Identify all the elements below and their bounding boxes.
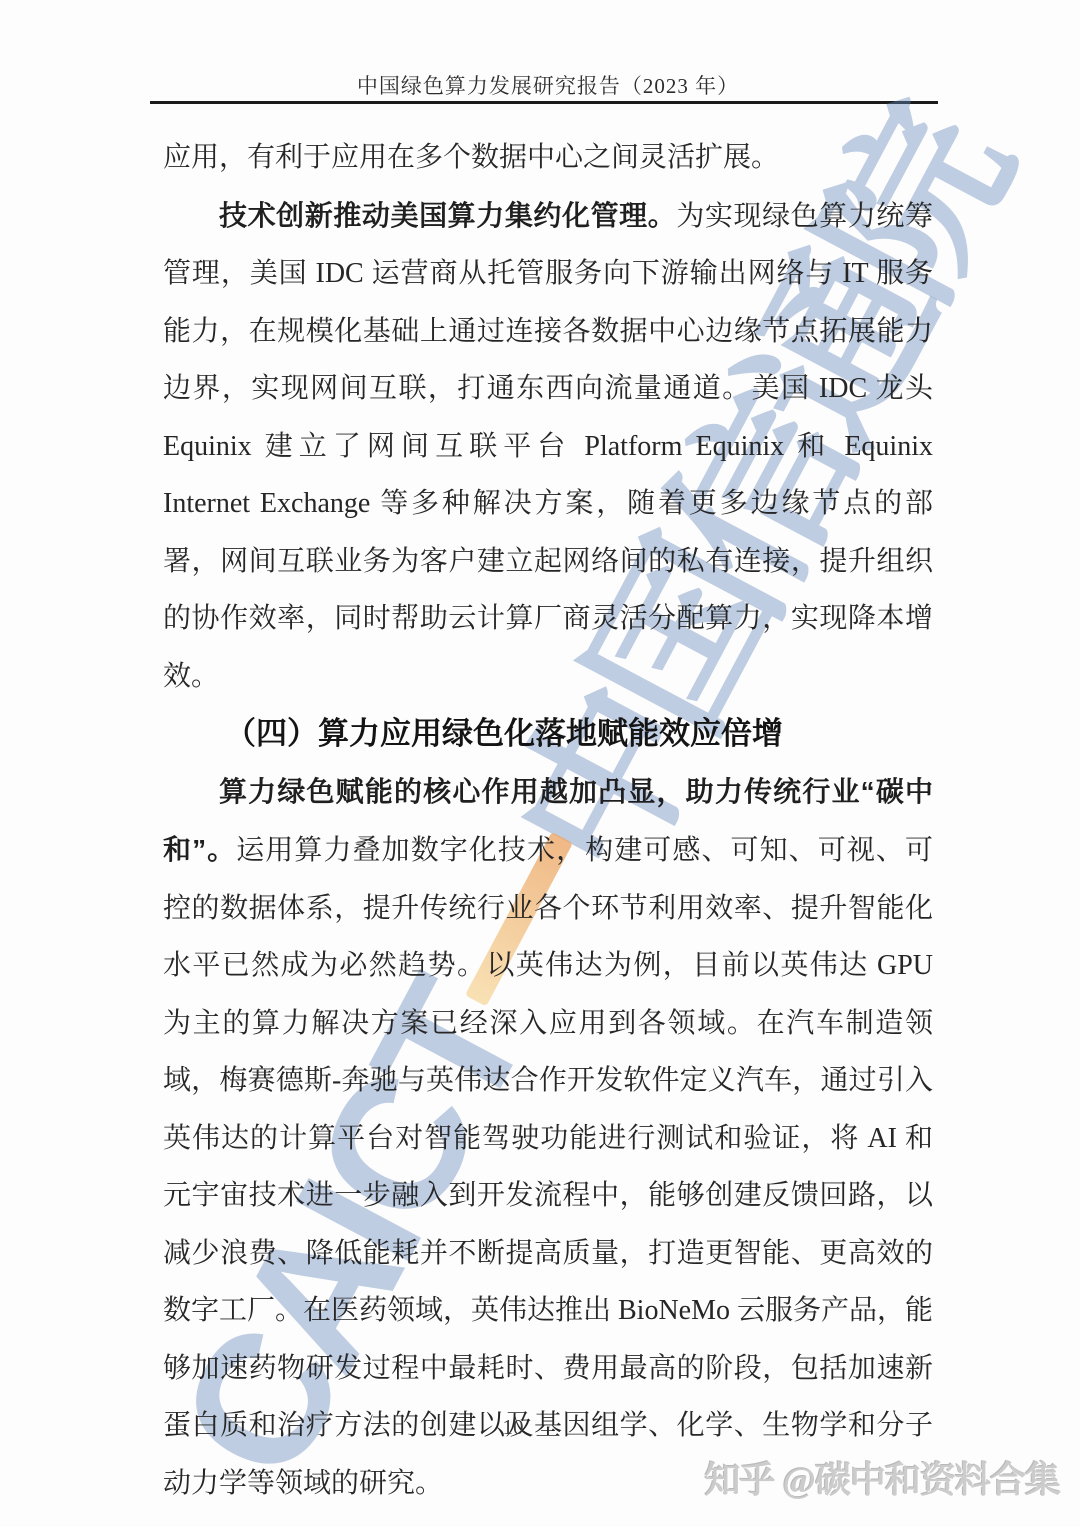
paragraph-green-empowerment-text: 运用算力叠加数字化技术，构建可感、可知、可视、可控的数据体系，提升传统行业各个环…	[163, 835, 933, 1499]
paragraph-green-empowerment: 算力绿色赋能的核心作用越加凸显，助力传统行业“碳中和”。运用算力叠加数字化技术，…	[163, 763, 933, 1513]
paragraph-us-idc: 技术创新推动美国算力集约化管理。为实现绿色算力统筹管理，美国 IDC 运营商从托…	[163, 187, 933, 706]
header-rule	[150, 101, 938, 104]
zhihu-watermark: 知乎 @碳中和资料合集	[705, 1452, 1061, 1503]
paragraph-continuation: 应用，有利于应用在多个数据中心之间灵活扩展。	[163, 129, 933, 187]
page-number: 10	[163, 1415, 863, 1440]
page-body: 应用，有利于应用在多个数据中心之间灵活扩展。 技术创新推动美国算力集约化管理。为…	[163, 129, 933, 1512]
page-header-title: 中国绿色算力发展研究报告（2023 年）	[163, 70, 933, 100]
paragraph-us-idc-lead: 技术创新推动美国算力集约化管理。	[219, 200, 676, 231]
report-page: 中国绿色算力发展研究报告（2023 年） CAICT 中国信通院 应用，有利于应…	[0, 0, 1080, 1527]
paragraph-us-idc-text: 为实现绿色算力统筹管理，美国 IDC 运营商从托管服务向下游输出网络与 IT 服…	[163, 201, 933, 692]
section-heading-4: （四）算力应用绿色化落地赋能效应倍增	[163, 705, 933, 763]
